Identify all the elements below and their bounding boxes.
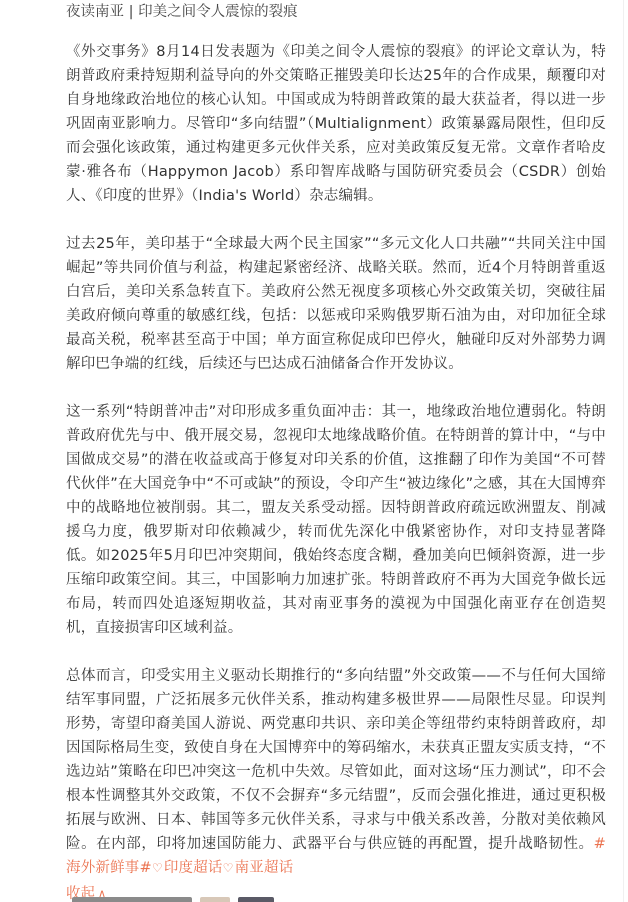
panel-divider [623, 0, 624, 902]
supertopic-link-india[interactable]: ♡印度超话 [152, 860, 223, 876]
image-thumbnail-strip [72, 897, 274, 902]
image-thumbnail[interactable] [238, 897, 274, 902]
paragraph-conclusion: 总体而言，印受实用主义驱动长期推行的“多向结盟”外交政策——不与任何大国缔结军事… [66, 664, 606, 880]
supertopic-icon: ♡ [223, 856, 234, 880]
post-title: 夜读南亚 | 印美之间令人震惊的裂痕 [66, 0, 606, 24]
supertopic-icon: ♡ [152, 856, 163, 880]
image-thumbnail[interactable] [200, 897, 230, 902]
supertopic-label: 南亚超话 [235, 860, 294, 876]
paragraph-background: 过去25年，美印基于“全球最大两个民主国家”“多元文化人口共融”“共同关注中国崛… [66, 232, 606, 376]
spacer [66, 376, 606, 400]
image-thumbnail[interactable] [72, 897, 192, 902]
weibo-post: 夜读南亚 | 印美之间令人震惊的裂痕 《外交事务》8月14日发表题为《印美之间令… [66, 0, 606, 902]
paragraph-impacts: 这一系列“特朗普冲击”对印形成多重负面冲击：其一，地缘政治地位遭弱化。特朗普政府… [66, 400, 606, 640]
supertopic-label: 印度超话 [164, 860, 223, 876]
spacer [66, 208, 606, 232]
paragraph-conclusion-text: 总体而言，印受实用主义驱动长期推行的“多向结盟”外交政策——不与任何大国缔结军事… [66, 668, 606, 852]
spacer [66, 640, 606, 664]
paragraph-intro: 《外交事务》8月14日发表题为《印美之间令人震惊的裂痕》的评论文章认为，特朗普政… [66, 40, 606, 208]
supertopic-link-south-asia[interactable]: ♡南亚超话 [223, 860, 294, 876]
spacer [66, 24, 606, 40]
